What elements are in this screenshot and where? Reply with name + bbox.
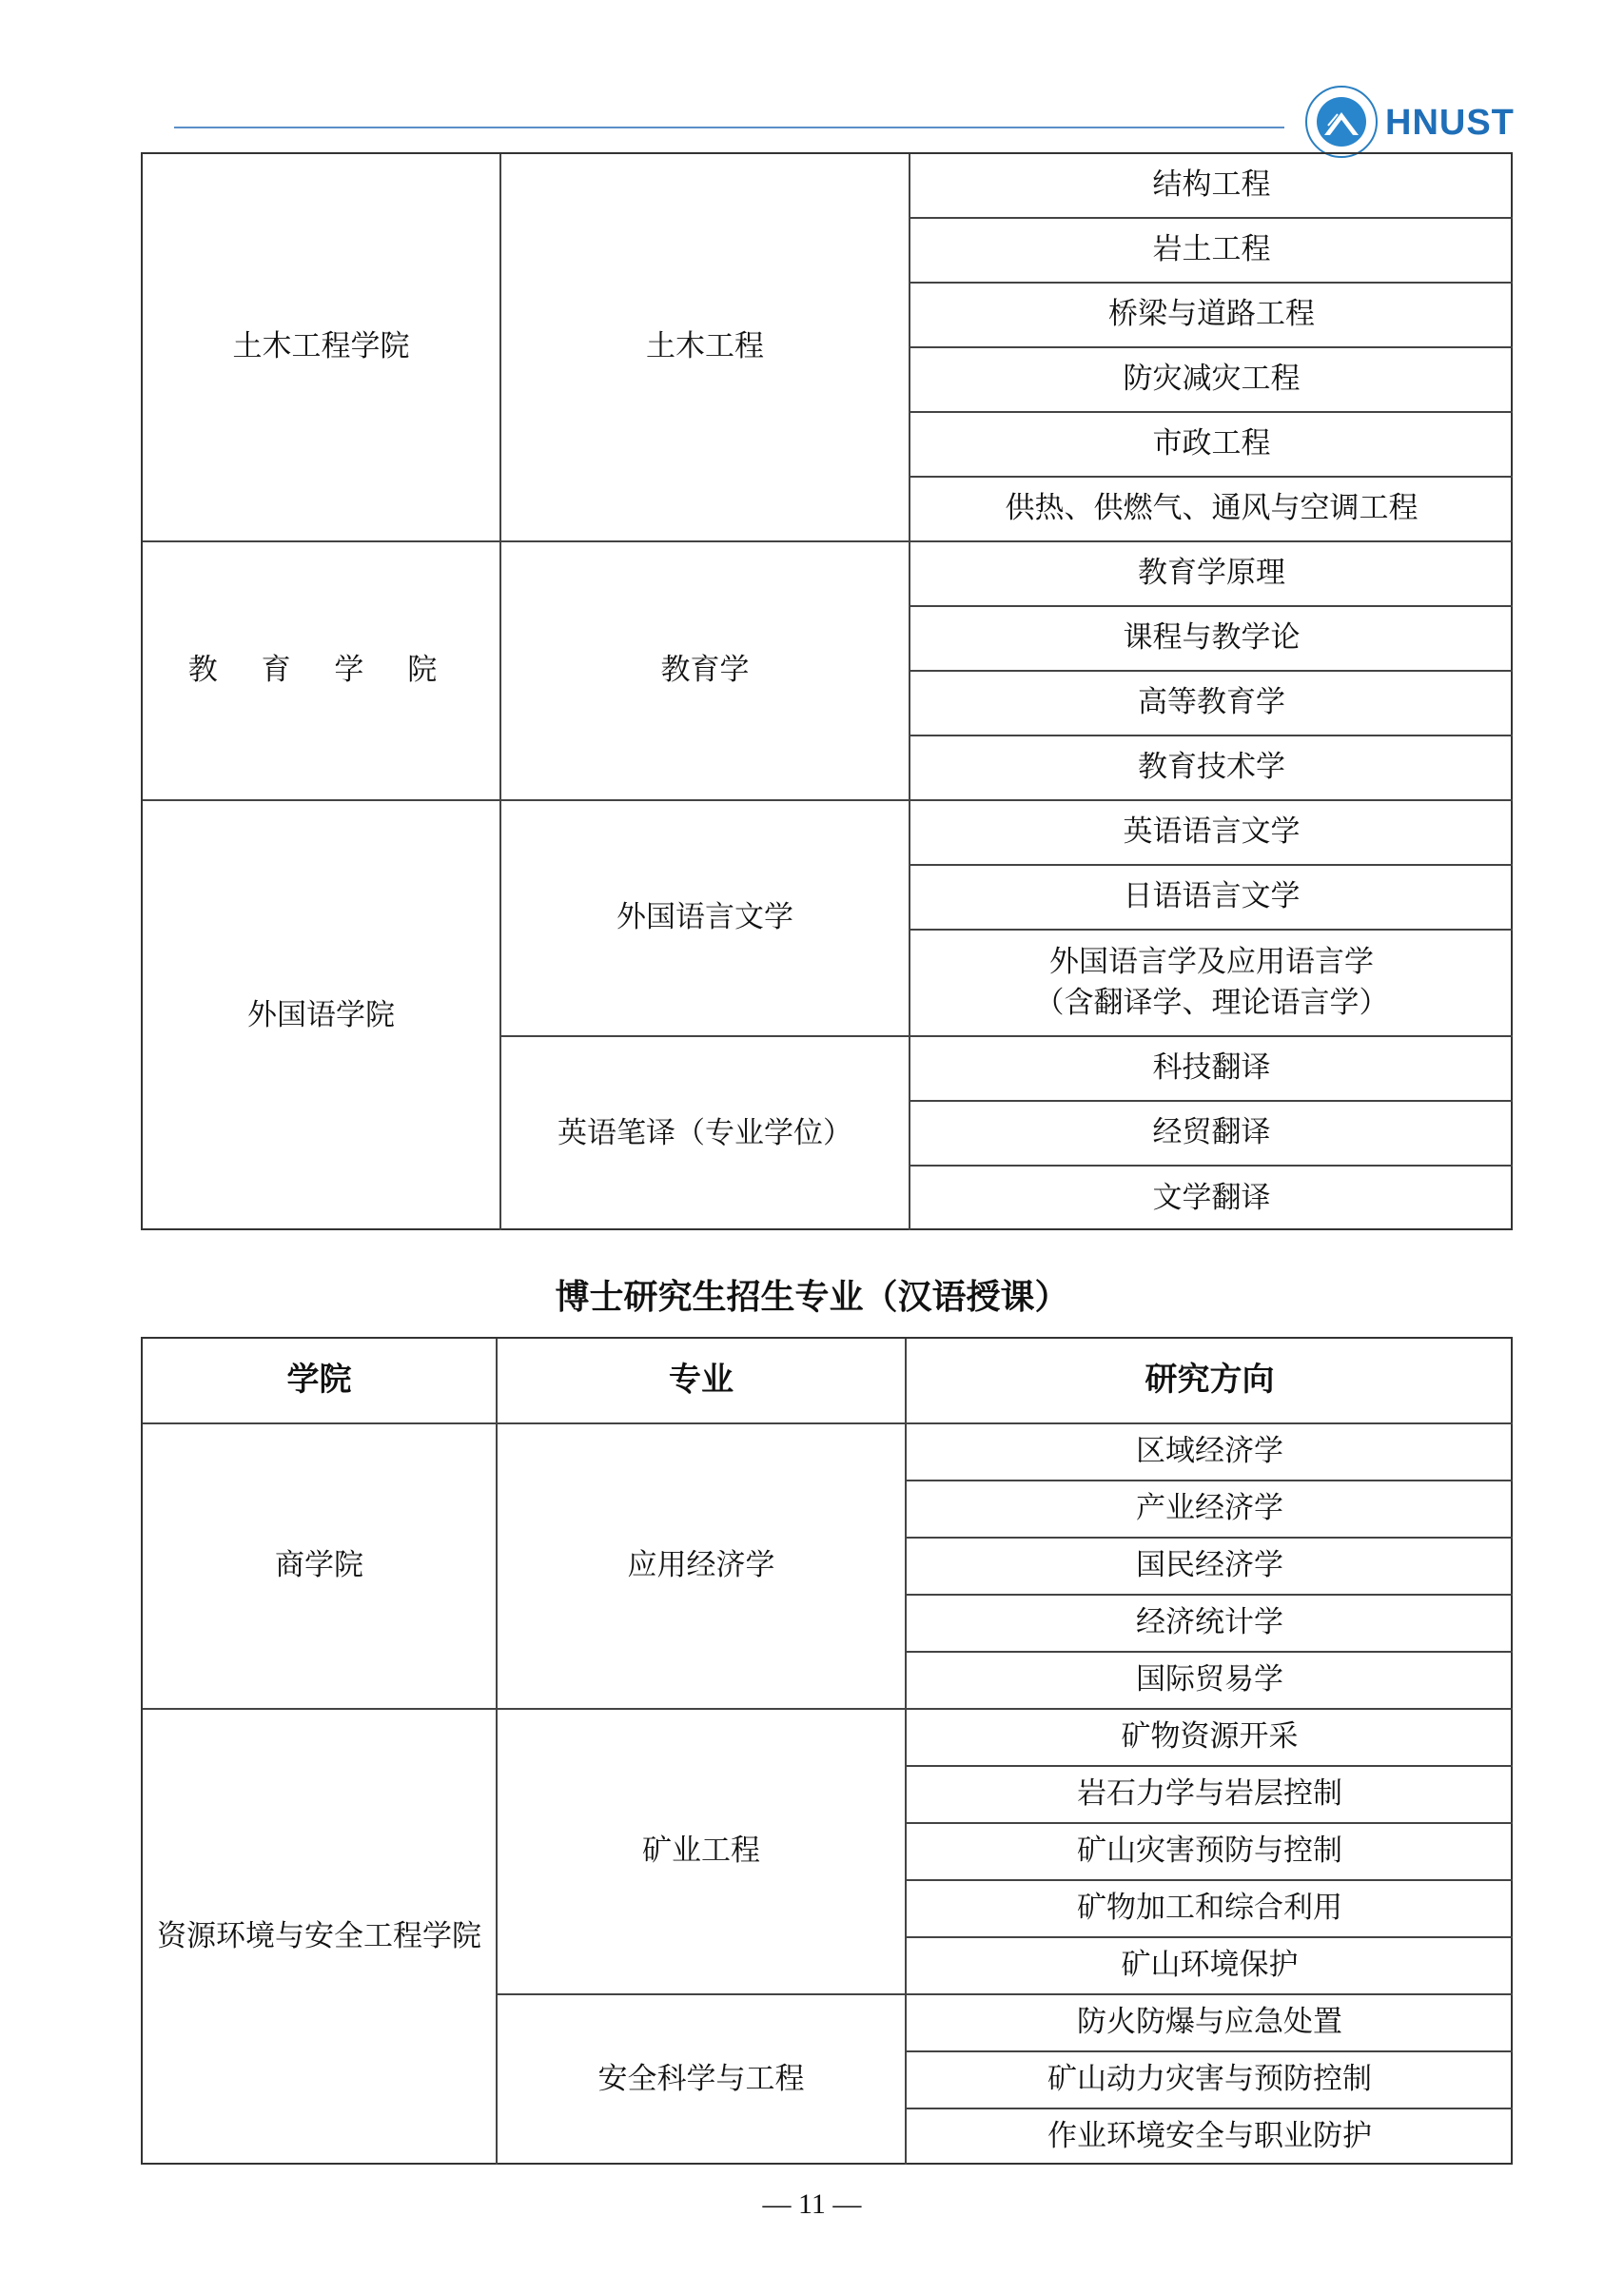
direction-cell: 外国语言学及应用语言学 （含翻译学、理论语言学） <box>910 931 1513 1035</box>
doctoral-program-table: 学院 专业 研究方向 商学院 应用经济学 区域经济学 产业经济学 国民经济学 经… <box>141 1337 1513 2165</box>
section-title: 博士研究生招生专业（汉语授课） <box>0 1270 1624 1319</box>
major-cell: 安全科学与工程 <box>498 1995 905 2165</box>
direction-cell: 岩土工程 <box>910 219 1513 282</box>
direction-cell: 矿山灾害预防与控制 <box>907 1824 1513 1879</box>
university-logo-icon <box>1305 86 1378 158</box>
direction-cell: 区域经济学 <box>907 1424 1513 1480</box>
direction-cell: 高等教育学 <box>910 672 1513 735</box>
direction-cell: 英语语言文学 <box>910 801 1513 864</box>
major-cell: 英语笔译（专业学位） <box>501 1037 909 1230</box>
header-rule <box>174 127 1284 128</box>
college-cell: 教 育 学 院 <box>143 542 499 799</box>
direction-cell: 教育学原理 <box>910 542 1513 605</box>
direction-cell: 产业经济学 <box>907 1481 1513 1537</box>
direction-cell: 文学翻译 <box>910 1167 1513 1230</box>
college-cell: 资源环境与安全工程学院 <box>143 1710 496 2165</box>
page-number: — 11 — <box>0 2188 1624 2221</box>
major-cell: 土木工程 <box>501 154 909 540</box>
direction-cell: 经济统计学 <box>907 1596 1513 1651</box>
column-header-college: 学院 <box>143 1339 496 1422</box>
direction-cell: 桥梁与道路工程 <box>910 284 1513 346</box>
direction-line: 外国语言学及应用语言学 <box>1049 942 1374 983</box>
major-cell: 外国语言文学 <box>501 801 909 1035</box>
direction-cell: 课程与教学论 <box>910 607 1513 670</box>
direction-cell: 市政工程 <box>910 413 1513 476</box>
direction-line: （含翻译学、理论语言学） <box>1035 983 1389 1024</box>
direction-cell: 岩石力学与岩层控制 <box>907 1767 1513 1822</box>
direction-cell: 防火防爆与应急处置 <box>907 1995 1513 2050</box>
direction-cell: 防灾减灾工程 <box>910 348 1513 411</box>
direction-cell: 作业环境安全与职业防护 <box>907 2109 1513 2165</box>
major-cell: 矿业工程 <box>498 1710 905 1993</box>
college-cell: 商学院 <box>143 1424 496 1708</box>
college-cell: 土木工程学院 <box>143 154 499 540</box>
brand-name: HNUST <box>1385 103 1515 144</box>
direction-cell: 矿物加工和综合利用 <box>907 1881 1513 1936</box>
direction-cell: 科技翻译 <box>910 1037 1513 1100</box>
direction-cell: 国民经济学 <box>907 1539 1513 1594</box>
direction-cell: 矿山环境保护 <box>907 1938 1513 1993</box>
program-table-continued: 土木工程学院 土木工程 结构工程 岩土工程 桥梁与道路工程 防灾减灾工程 市政工… <box>141 152 1513 1230</box>
direction-cell: 供热、供燃气、通风与空调工程 <box>910 478 1513 540</box>
major-cell: 教育学 <box>501 542 909 799</box>
direction-cell: 矿山动力灾害与预防控制 <box>907 2052 1513 2108</box>
college-cell: 外国语学院 <box>143 801 499 1230</box>
column-header-direction: 研究方向 <box>907 1339 1513 1422</box>
major-cell: 应用经济学 <box>498 1424 905 1708</box>
direction-cell: 经贸翻译 <box>910 1102 1513 1165</box>
direction-cell: 国际贸易学 <box>907 1653 1513 1708</box>
direction-cell: 矿物资源开采 <box>907 1710 1513 1765</box>
direction-cell: 结构工程 <box>910 154 1513 217</box>
direction-cell: 日语语言文学 <box>910 866 1513 929</box>
direction-cell: 教育技术学 <box>910 736 1513 799</box>
column-header-major: 专业 <box>498 1339 905 1422</box>
